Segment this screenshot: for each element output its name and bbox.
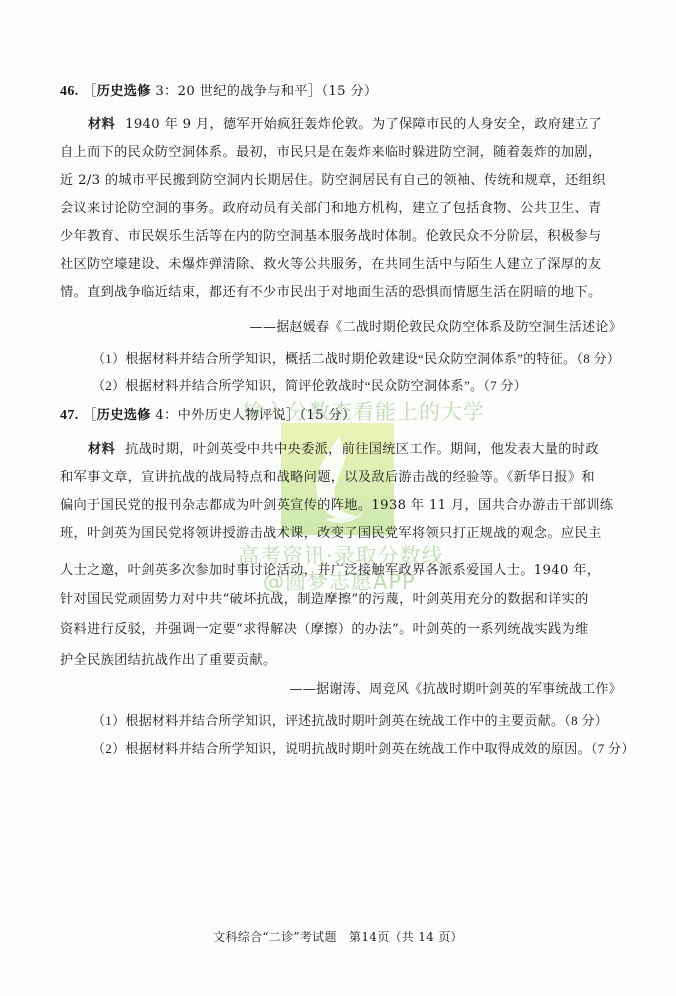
page-footer: 文科综合“二诊”考试题 第14页（共 14 页） <box>0 928 676 945</box>
q46-points: （15 分） <box>322 84 378 99</box>
q46-material-line-6: 情。直到战争临近结束，都还有不少市民出于对地面生活的恐惧而情愿生活在阴暗的地下。 <box>60 283 620 303</box>
q46-material-line-2: 近 2/3 的城市平民搬到防空洞内长期居住。防空洞居民有自己的领袖、传统和规章，… <box>60 171 620 191</box>
q47-material-line-4: 人士之邀，叶剑英多次参加时事讨论活动，并广泛接触军政界各派系爱国人士。1940 … <box>60 561 620 581</box>
q47-material-line-7: 护全民族团结抗战作出了重要贡献。 <box>60 651 620 671</box>
q47-source: ——据谢涛、周竞风《抗战时期叶剑英的军事统战工作》 <box>289 680 622 700</box>
q46-material-line-5: 社区防空壕建设、未爆炸弹清除、救火等公共服务，在共同生活中与陌生人建立了深厚的友 <box>60 255 620 275</box>
q47-material-text: 抗战时期，叶剑英受中共中央委派，前往国统区工作。期间，他发表大量的时政 <box>125 442 599 457</box>
q47-number: 47. <box>60 408 79 423</box>
q46-subquestion-2: （2）根据材料并结合所学知识，简评伦敦战时“民众防空洞体系”。（7 分） <box>92 376 527 396</box>
q47-title: 4：中外历史人物评说］ <box>151 408 300 423</box>
q46-number: 46. <box>60 84 79 99</box>
q46-bracket: ［ <box>83 84 97 99</box>
q46-material-line-4: 少年教育、市民娱乐生活等在内的防空洞基本服务战时体制。伦敦民众不分阶层，积极参与 <box>60 227 620 247</box>
q47-material-line-6: 资料进行反驳，并强调一定要“求得解决（摩擦）的办法”。叶剑英的一系列统战实践为维 <box>60 620 620 640</box>
q46-material-line-0: 材料1940 年 9 月，德军开始疯狂轰炸伦敦。为了保障市民的人身安全，政府建立… <box>88 115 648 135</box>
q46-header: 46. ［历史选修 3：20 世纪的战争与和平］（15 分） <box>60 82 620 102</box>
q46-material-label: 材料 <box>88 117 115 132</box>
q47-points: （15 分） <box>299 408 355 423</box>
q47-bracket: ［ <box>83 408 97 423</box>
q46-material-line-1: 自上而下的民众防空洞体系。最初，市民只是在轰炸来临时躲进防空洞，随着轰炸的加剧， <box>60 143 620 163</box>
q47-title-bold: 历史选修 <box>97 408 151 423</box>
q47-material-label: 材料 <box>88 442 115 457</box>
exam-page: 输入分数查看能上的大学 高考资讯·录取分数线 @圆梦志愿APP 46. ［历史选… <box>0 0 676 996</box>
q47-material-line-1: 和军事文章，宣讲抗战的战局特点和战略问题，以及敌后游击战的经验等。《新华日报》和 <box>60 468 620 488</box>
q46-material-text: 1940 年 9 月，德军开始疯狂轰炸伦敦。为了保障市民的人身安全，政府建立了 <box>125 117 602 132</box>
q47-material-line-0: 材料抗战时期，叶剑英受中共中央委派，前往国统区工作。期间，他发表大量的时政 <box>88 440 648 460</box>
q47-material-line-2: 偏向于国民党的报刊杂志都成为叶剑英宣传的阵地。1938 年 11 月，国共合办游… <box>60 496 620 516</box>
q46-subquestion-1: （1）根据材料并结合所学知识，概括二战时期伦敦建设“民众防空洞体系”的特征。（8… <box>92 349 620 369</box>
q46-material-line-3: 会议来讨论防空洞的事务。政府动员有关部门和地方机构，建立了包括食物、公共卫生、青 <box>60 199 620 219</box>
q47-subquestion-1: （1）根据材料并结合所学知识，评述抗战时期叶剑英在统战工作中的主要贡献。（8 分… <box>92 711 608 731</box>
q46-title-bold: 历史选修 <box>97 84 151 99</box>
q47-material-line-5: 针对国民党顽固势力对中共“破坏抗战，制造摩擦”的污蔑，叶剑英用充分的数据和详实的 <box>60 590 620 610</box>
q46-title: 3：20 世纪的战争与和平］ <box>151 84 322 99</box>
q47-subquestion-2: （2）根据材料并结合所学知识，说明抗战时期叶剑英在统战工作中取得成效的原因。（7… <box>92 739 635 759</box>
q47-header: 47. ［历史选修 4：中外历史人物评说］（15 分） <box>60 406 620 426</box>
q46-source: ——据赵媛春《二战时期伦敦民众防空体系及防空洞生活述论》 <box>250 318 622 338</box>
q47-material-line-3: 班，叶剑英为国民党将领讲授游击战术课，改变了国民党军将领只打正规战的观念。应民主 <box>60 524 620 544</box>
